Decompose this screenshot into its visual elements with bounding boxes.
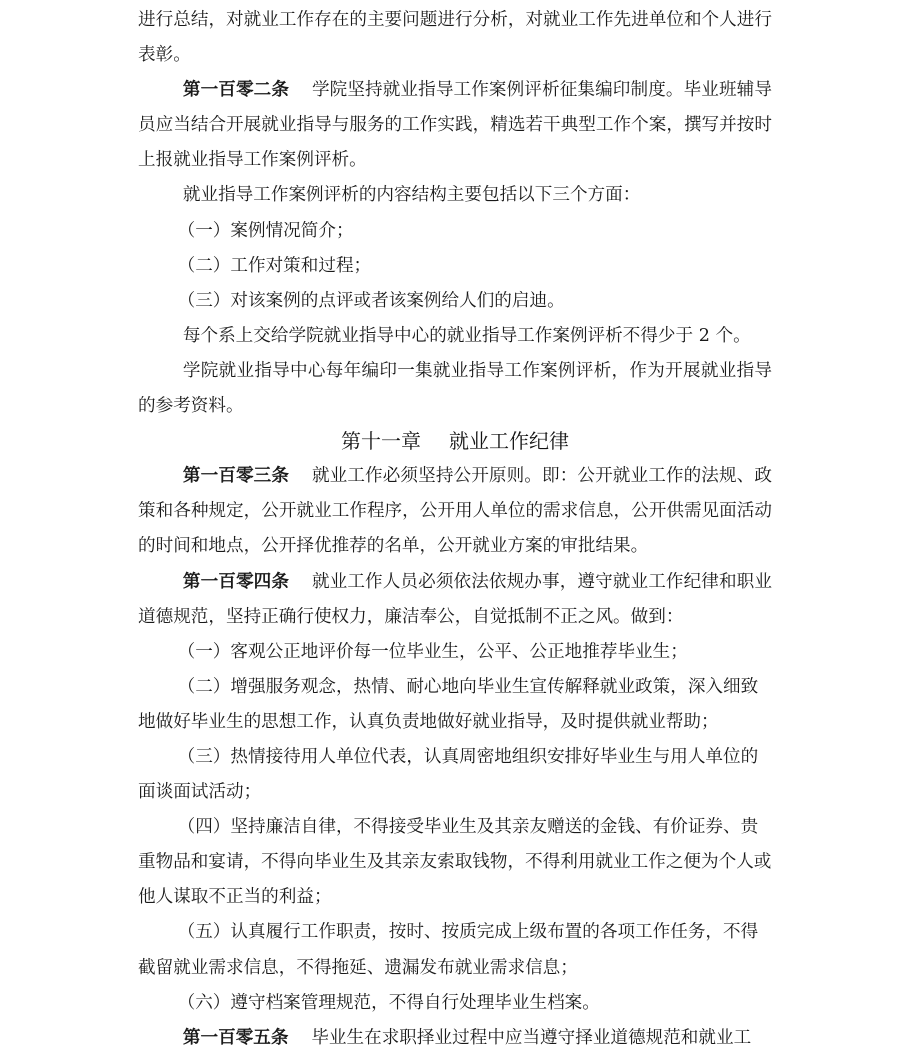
article-103: 第一百零三条就业工作必须坚持公开原则。即：公开就业工作的法规、政策和各种规定，公… bbox=[138, 459, 772, 564]
article-104: 第一百零四条就业工作人员必须依法依规办事，遵守就业工作纪律和职业道德规范，坚持正… bbox=[138, 565, 772, 635]
list-item: （一）客观公正地评价每一位毕业生，公平、公正地推荐毕业生； bbox=[138, 635, 772, 670]
chapter-number: 第十一章 bbox=[341, 429, 421, 453]
list-item: （一）案例情况简介； bbox=[138, 214, 772, 249]
list-item: （三）对该案例的点评或者该案例给人们的启迪。 bbox=[138, 284, 772, 319]
article-105: 第一百零五条毕业生在求职择业过程中应当遵守择业道德规范和就业工 bbox=[138, 1021, 772, 1056]
list-item: （四）坚持廉洁自律，不得接受毕业生及其亲友赠送的金钱、有价证券、贵重物品和宴请，… bbox=[138, 810, 772, 915]
list-item: （二）工作对策和过程； bbox=[138, 249, 772, 284]
list-item: （五）认真履行工作职责，按时、按质完成上级布置的各项工作任务，不得截留就业需求信… bbox=[138, 915, 772, 985]
document-page: 进行总结，对就业工作存在的主要问题进行分析，对就业工作先进单位和个人进行表彰。 … bbox=[138, 3, 772, 1056]
article-102-structure-intro: 就业指导工作案例评析的内容结构主要包括以下三个方面： bbox=[138, 178, 772, 213]
article-text: 毕业生在求职择业过程中应当遵守择业道德规范和就业工 bbox=[311, 1028, 751, 1048]
article-102-compilation: 学院就业指导中心每年编印一集就业指导工作案例评析，作为开展就业指导的参考资料。 bbox=[138, 354, 772, 424]
article-number: 第一百零三条 bbox=[183, 466, 289, 486]
article-102: 第一百零二条学院坚持就业指导工作案例评析征集编印制度。毕业班辅导员应当结合开展就… bbox=[138, 73, 772, 178]
article-number: 第一百零四条 bbox=[183, 572, 289, 592]
list-item: （六）遵守档案管理规范，不得自行处理毕业生档案。 bbox=[138, 986, 772, 1021]
article-number: 第一百零五条 bbox=[183, 1028, 289, 1048]
chapter-title: 就业工作纪律 bbox=[449, 429, 569, 453]
chapter-heading: 第十一章就业工作纪律 bbox=[138, 424, 772, 459]
list-item: （二）增强服务观念，热情、耐心地向毕业生宣传解释就业政策，深入细致地做好毕业生的… bbox=[138, 670, 772, 740]
list-item: （三）热情接待用人单位代表，认真周密地组织安排好毕业生与用人单位的面谈面试活动； bbox=[138, 740, 772, 810]
article-number: 第一百零二条 bbox=[183, 80, 289, 100]
intro-paragraph: 进行总结，对就业工作存在的主要问题进行分析，对就业工作先进单位和个人进行表彰。 bbox=[138, 3, 772, 73]
article-102-requirement: 每个系上交给学院就业指导中心的就业指导工作案例评析不得少于 2 个。 bbox=[138, 319, 772, 354]
